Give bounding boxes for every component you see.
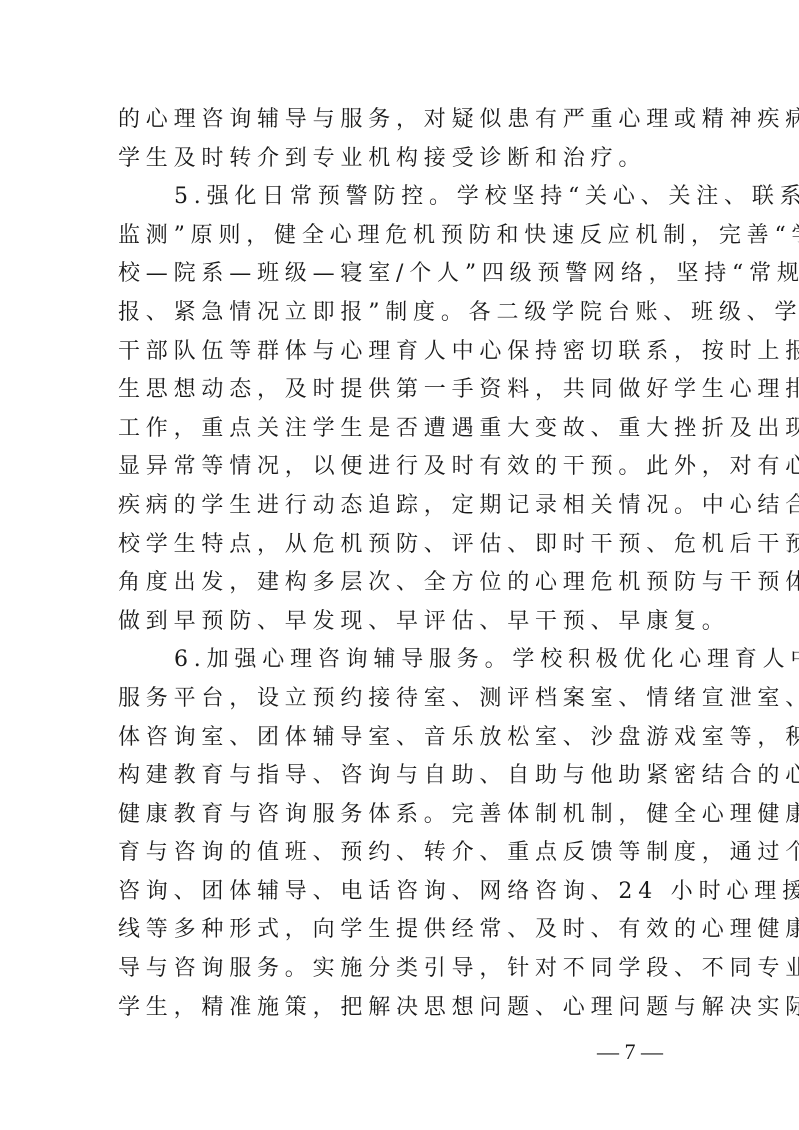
text-line: 学生，精准施策，把解决思想问题、心理问题与解决实际问 [118,989,684,1028]
text-line: 线等多种形式，向学生提供经常、及时、有效的心理健康指 [118,911,684,950]
text-line: 服务平台，设立预约接待室、测评档案室、情绪宣泄室、个 [118,680,684,719]
text-line: 的心理咨询辅导与服务，对疑似患有严重心理或精神疾病的 [118,101,684,140]
text-line: 做到早预防、早发现、早评估、早干预、早康复。 [118,603,684,642]
text-line: 咨询、团体辅导、电话咨询、网络咨询、24 小时心理援助热 [118,873,684,912]
text-line: 校—院系—班级—寝室/个人”四级预警网络，坚持“常规月 [118,255,684,294]
text-line: 6.加强心理咨询辅导服务。学校积极优化心理育人中心 [118,641,684,680]
text-line: 显异常等情况，以便进行及时有效的干预。此外，对有心理 [118,448,684,487]
text-line: 学生及时转介到专业机构接受诊断和治疗。 [118,140,684,179]
text-line: 体咨询室、团体辅导室、音乐放松室、沙盘游戏室等，积极 [118,719,684,758]
text-line: 疾病的学生进行动态追踪，定期记录相关情况。中心结合我 [118,487,684,526]
document-body: 的心理咨询辅导与服务，对疑似患有严重心理或精神疾病的学生及时转介到专业机构接受诊… [118,101,684,1027]
text-line: 校学生特点，从危机预防、评估、即时干预、危机后干预的 [118,526,684,565]
text-line: 监测”原则，健全心理危机预防和快速反应机制，完善“学 [118,217,684,256]
text-line: 5.强化日常预警防控。学校坚持“关心、关注、联系、 [118,178,684,217]
text-line: 角度出发，建构多层次、全方位的心理危机预防与干预体系， [118,564,684,603]
text-line: 工作，重点关注学生是否遭遇重大变故、重大挫折及出现明 [118,410,684,449]
document-page: 的心理咨询辅导与服务，对疑似患有严重心理或精神疾病的学生及时转介到专业机构接受诊… [0,0,799,1130]
text-line: 导与咨询服务。实施分类引导，针对不同学段、不同专业的 [118,950,684,989]
text-line: 育与咨询的值班、预约、转介、重点反馈等制度，通过个体 [118,834,684,873]
text-line: 报、紧急情况立即报”制度。各二级学院台账、班级、学生 [118,294,684,333]
text-line: 构建教育与指导、咨询与自助、自助与他助紧密结合的心理 [118,757,684,796]
text-line: 健康教育与咨询服务体系。完善体制机制，健全心理健康教 [118,796,684,835]
text-line: 生思想动态，及时提供第一手资料，共同做好学生心理排查 [118,371,684,410]
page-number: — 7 — [590,1040,670,1064]
text-line: 干部队伍等群体与心理育人中心保持密切联系，按时上报学 [118,333,684,372]
